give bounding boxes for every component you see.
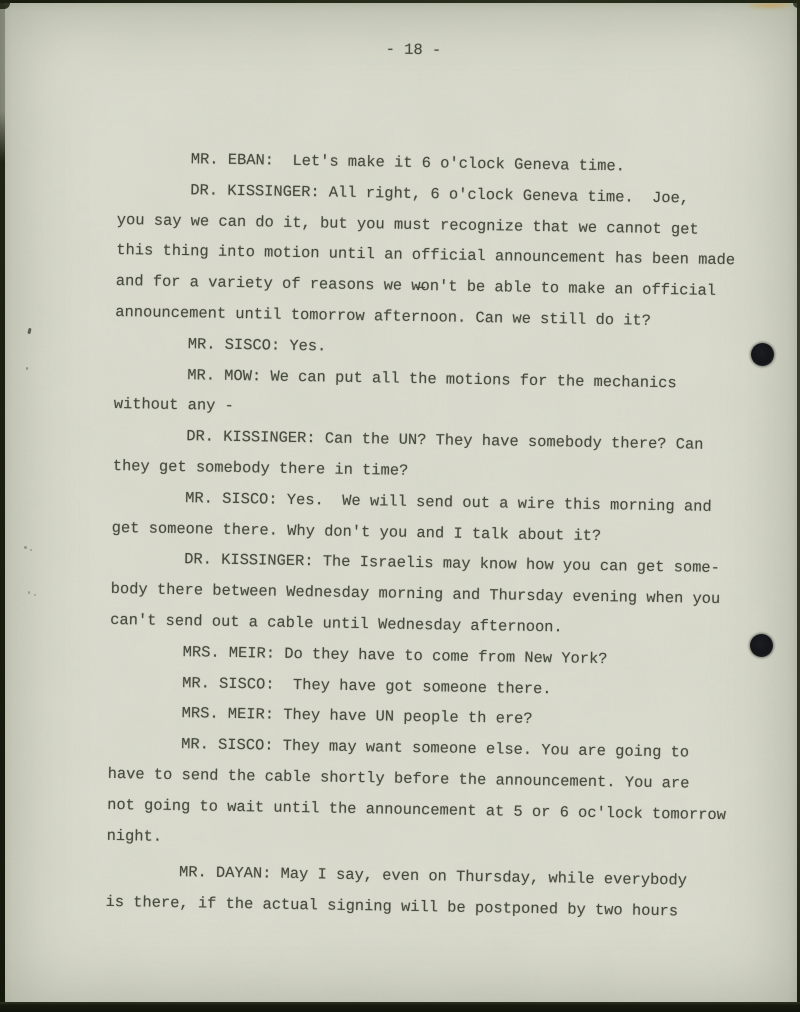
transcript-body: MR. EBAN: Let's make it 6 o'clock Geneva… [105,148,766,934]
transcript-paragraph: DR. KISSINGER: The Israelis may know how… [110,548,759,651]
transcript-paragraph: MR. SISCO: Yes. We will send out a wire … [111,487,760,559]
hole-punch-dot-bottom [750,634,773,657]
paper-speck [26,367,28,370]
transcript-paragraph: DR. KISSINGER: All right, 6 o'clock Gene… [115,179,765,344]
transcript-paragraph: DR. KISSINGER: Can the UN? They have som… [112,425,761,497]
transcript-paragraph: MR. MOW: We can put all the motions for … [113,364,762,436]
transcript-paragraph: MR. SISCO: They may want someone else. Y… [106,733,756,867]
hole-punch-dot-top [751,343,774,366]
paper-speck [30,549,32,551]
transcript-paragraph: MR. DAYAN: May I say, even on Thursday, … [105,861,754,933]
typed-content: - 18 - MR. EBAN: Let's make it 6 o'clock… [105,30,768,934]
paper-speck [24,546,27,549]
page-number: - 18 - [120,37,768,64]
paper-speck [34,594,36,596]
scanned-transcript-page: - 18 - MR. EBAN: Let's make it 6 o'clock… [0,0,800,1012]
paper-speck [28,591,30,594]
